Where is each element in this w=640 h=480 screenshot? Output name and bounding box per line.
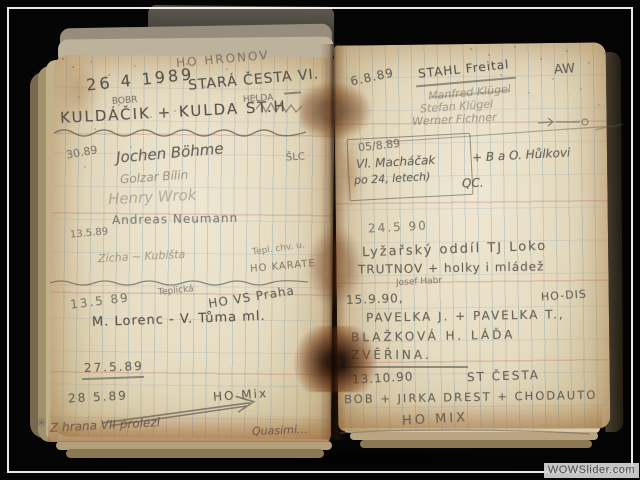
entry-names: Henry Wrok [108, 186, 197, 209]
entry-names: Golzar Bílin [120, 168, 189, 187]
entry-names: TRUTNOV + holky i mládež [358, 259, 545, 276]
club-label: STAHL Freital [418, 57, 511, 80]
entry-names: BOB + JIRKA DREST + CHODAUTO [344, 388, 598, 406]
underline-doodle [284, 91, 301, 94]
entry-date: 24.5 90 [368, 218, 428, 235]
wavy-divider [50, 276, 308, 288]
underline-doodle [82, 376, 144, 380]
entry-names: PAVELKA J. + PAVELKA T., [366, 307, 565, 324]
club-label: ŠLC [286, 152, 305, 164]
scribble-doodle [256, 101, 302, 116]
entry-date: 13.10.90 [352, 369, 414, 386]
entry-date: 13.5 89 [69, 290, 130, 311]
entry-names: Zicha ~ Kubišta [98, 248, 186, 266]
separator-line [338, 366, 468, 368]
underline-doodle [340, 427, 592, 437]
entry-names: Josef Habr [396, 276, 443, 288]
page-gutter [320, 44, 346, 440]
arrow-doodle [100, 393, 276, 429]
photo-stage: HO HRONOV 26 4 1989 STARÁ ČESTA VI. BOBR… [0, 0, 640, 480]
note-label: Tepl. chv. u. [252, 240, 306, 257]
entry-names: KULDÁČIK + KULDA ST.H [60, 97, 288, 127]
route-name: ST ČESTA [467, 368, 540, 385]
star-doodle-icon: ✳ [36, 416, 47, 431]
note-label: AW [553, 61, 575, 78]
entry-names: BLAŽKOVÁ H. LÁĎA [351, 328, 516, 345]
entry-names: ZVĚŘINA. [351, 348, 432, 362]
watermark-link[interactable]: WOWSlider.com [544, 463, 639, 478]
route-name: STARÁ ČESTA VI. [188, 66, 320, 93]
entry-date: 15.9.90, [346, 291, 404, 307]
swoosh-line-doodle [385, 122, 625, 146]
entry-date: 13.5.89 [70, 226, 109, 240]
wavy-divider [54, 126, 306, 138]
watermark-label: WOWSlider.com [548, 464, 635, 476]
club-label: HO MIX [402, 410, 469, 428]
entry-date: 30.89 [65, 143, 98, 161]
club-label: HO KARATE [250, 258, 317, 275]
entry-note: Quasimi… [252, 423, 308, 438]
entry-date: 6.8.89 [349, 66, 395, 89]
entry-names: Andreas Neumann [112, 211, 238, 227]
entry-names: M. Lorenc - V. Tůma ml. [92, 309, 266, 330]
notebook-photo: HO HRONOV 26 4 1989 STARÁ ČESTA VI. BOBR… [0, 0, 640, 480]
club-label: HO-DIS [541, 287, 588, 303]
entry-date: 26 4 1989 [85, 64, 195, 94]
entry-date: 27.5.89 [84, 359, 144, 375]
entry-names: Lyžařský oddíl TJ Loko [362, 239, 548, 260]
entry-names: Jochen Böhme [115, 139, 224, 166]
entry-names: + B a O. Hůlkovi [472, 145, 571, 164]
